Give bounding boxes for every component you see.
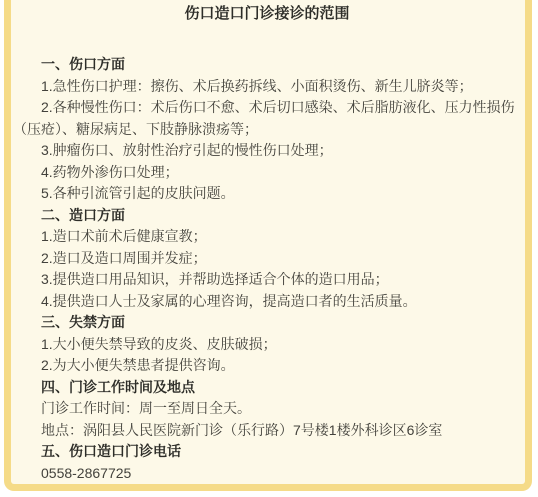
- notice-section: 三、失禁方面 1.大小便失禁导致的皮炎、皮肤破损；2.为大小便失禁患者提供咨询。: [13, 312, 521, 377]
- notice-section: 四、门诊工作时间及地点 门诊工作时间：周一至周日全天。地点：涡阳县人民医院新门诊…: [13, 377, 521, 442]
- section-heading: 四、门诊工作时间及地点: [13, 377, 521, 399]
- section-line: 4.药物外渗伤口处理；: [13, 162, 521, 184]
- section-line: 1.造口术前术后健康宣教；: [13, 226, 521, 248]
- notice-body: 一、伤口方面 1.急性伤口护理：擦伤、术后换药拆线、小面积烫伤、新生儿脐炎等；2…: [13, 54, 521, 484]
- section-line: 1.大小便失禁导致的皮炎、皮肤破损；: [13, 334, 521, 356]
- notice-panel: 伤口造口门诊接诊的范围 一、伤口方面 1.急性伤口护理：擦伤、术后换药拆线、小面…: [4, 0, 532, 491]
- notice-section: 五、伤口造口门诊电话 0558-2867725: [13, 441, 521, 484]
- notice-section: 二、造口方面 1.造口术前术后健康宣教；2.造口及造口周围并发症；3.提供造口用…: [13, 205, 521, 313]
- section-line: 5.各种引流管引起的皮肤问题。: [13, 183, 521, 205]
- section-line: 3.提供造口用品知识，并帮助选择适合个体的造口用品；: [13, 269, 521, 291]
- section-line: 1.急性伤口护理：擦伤、术后换药拆线、小面积烫伤、新生儿脐炎等；: [13, 76, 521, 98]
- section-heading: 三、失禁方面: [13, 312, 521, 334]
- section-line: 2.造口及造口周围并发症；: [13, 248, 521, 270]
- section-line: 4.提供造口人士及家属的心理咨询，提高造口者的生活质量。: [13, 291, 521, 313]
- section-heading: 五、伤口造口门诊电话: [13, 441, 521, 463]
- notice-section: 一、伤口方面 1.急性伤口护理：擦伤、术后换药拆线、小面积烫伤、新生儿脐炎等；2…: [13, 54, 521, 205]
- section-line: 2.各种慢性伤口：术后伤口不愈、术后切口感染、术后脂肪液化、压力性损伤（压疮）、…: [13, 97, 521, 140]
- section-line: 地点：涡阳县人民医院新门诊（乐行路）7号楼1楼外科诊区6诊室: [13, 420, 521, 442]
- section-heading: 一、伤口方面: [13, 54, 521, 76]
- section-heading: 二、造口方面: [13, 205, 521, 227]
- section-line: 0558-2867725: [13, 463, 521, 485]
- page-title: 伤口造口门诊接诊的范围: [13, 2, 521, 25]
- section-line: 2.为大小便失禁患者提供咨询。: [13, 355, 521, 377]
- section-line: 门诊工作时间：周一至周日全天。: [13, 398, 521, 420]
- section-line: 3.肿瘤伤口、放射性治疗引起的慢性伤口处理；: [13, 140, 521, 162]
